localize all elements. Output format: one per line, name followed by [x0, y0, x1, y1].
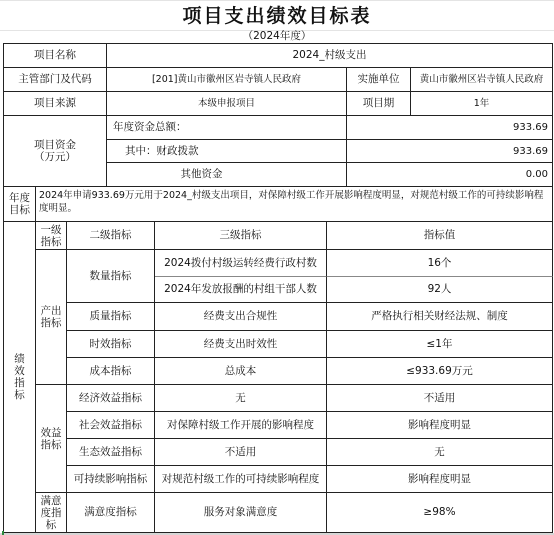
performance-indicators-label[interactable]: 绩 效 指 标: [4, 222, 36, 533]
funds-fiscal-value[interactable]: 933.69: [347, 140, 553, 163]
value-cell[interactable]: ≥98%: [327, 493, 553, 533]
level3-cell[interactable]: 对保障村级工作开展的影响程度: [155, 412, 327, 439]
funds-total-value[interactable]: 933.69: [347, 116, 553, 140]
level1-satisfaction[interactable]: 满意 度指 标: [36, 493, 67, 533]
level2-sustainable[interactable]: 可持续影响指标: [67, 466, 155, 493]
level3-cell[interactable]: 服务对象满意度: [155, 493, 327, 533]
funds-other-value[interactable]: 0.00: [347, 163, 553, 187]
value-cell[interactable]: 无: [327, 439, 553, 466]
annual-goal-text[interactable]: 2024年申请933.69万元用于2024_村级支出项目，对保障村级工作开展影响…: [36, 187, 553, 222]
source-label[interactable]: 项目来源: [4, 92, 107, 116]
value-cell[interactable]: 16个: [327, 250, 553, 277]
dept-value[interactable]: [201]黄山市徽州区岩寺镇人民政府: [107, 68, 347, 92]
level3-cell[interactable]: 对规范村级工作的可持续影响程度: [155, 466, 327, 493]
project-name-label[interactable]: 项目名称: [4, 44, 107, 68]
level2-cost[interactable]: 成本指标: [67, 358, 155, 385]
level2-economic[interactable]: 经济效益指标: [67, 385, 155, 412]
level2-timeliness[interactable]: 时效指标: [67, 331, 155, 358]
annual-goal-label[interactable]: 年度 目标: [4, 187, 36, 222]
value-cell[interactable]: 严格执行相关财经法规、制度: [327, 303, 553, 331]
period-label[interactable]: 项目期: [347, 92, 411, 116]
funds-total-label[interactable]: 年度资金总额：: [107, 116, 347, 140]
funds-label[interactable]: 项目资金 （万元）: [4, 116, 107, 187]
level3-cell[interactable]: 2024拨付村级运转经费行政村数: [155, 250, 327, 277]
header-level1[interactable]: 一级 指标: [36, 222, 67, 250]
level3-cell[interactable]: 2024年发放报酬的村组干部人数: [155, 277, 327, 303]
level3-cell[interactable]: 无: [155, 385, 327, 412]
source-value[interactable]: 本级申报项目: [107, 92, 347, 116]
funds-fiscal-label[interactable]: 其中：财政拨款: [107, 140, 347, 163]
value-cell[interactable]: ≤1年: [327, 331, 553, 358]
impl-unit-label[interactable]: 实施单位: [347, 68, 411, 92]
funds-other-label[interactable]: 其他资金: [107, 163, 347, 187]
level2-quantity[interactable]: 数量指标: [67, 250, 155, 303]
level3-cell[interactable]: 经费支出合规性: [155, 303, 327, 331]
page-title: 项目支出绩效目标表: [0, 0, 554, 30]
level2-satisfaction[interactable]: 满意度指标: [67, 493, 155, 533]
value-cell[interactable]: ≤933.69万元: [327, 358, 553, 385]
value-cell[interactable]: 92人: [327, 277, 553, 303]
level2-ecological[interactable]: 生态效益指标: [67, 439, 155, 466]
level3-cell[interactable]: 经费支出时效性: [155, 331, 327, 358]
value-cell[interactable]: 影响程度明显: [327, 466, 553, 493]
impl-unit-value[interactable]: 黄山市徽州区岩寺镇人民政府: [411, 68, 553, 92]
header-value[interactable]: 指标值: [327, 222, 553, 250]
level1-output[interactable]: 产出 指标: [36, 250, 67, 385]
level3-cell[interactable]: 不适用: [155, 439, 327, 466]
header-level2[interactable]: 二级指标: [67, 222, 155, 250]
period-value[interactable]: 1年: [411, 92, 553, 116]
level3-cell[interactable]: 总成本: [155, 358, 327, 385]
level1-benefit[interactable]: 效益 指标: [36, 385, 67, 493]
header-level3[interactable]: 三级指标: [155, 222, 327, 250]
level2-social[interactable]: 社会效益指标: [67, 412, 155, 439]
level2-quality[interactable]: 质量指标: [67, 303, 155, 331]
value-cell[interactable]: 影响程度明显: [327, 412, 553, 439]
project-name-value[interactable]: 2024_村级支出: [107, 44, 553, 68]
dept-label[interactable]: 主管部门及代码: [4, 68, 107, 92]
value-cell[interactable]: 不适用: [327, 385, 553, 412]
page-subtitle: （2024年度）: [0, 30, 554, 43]
